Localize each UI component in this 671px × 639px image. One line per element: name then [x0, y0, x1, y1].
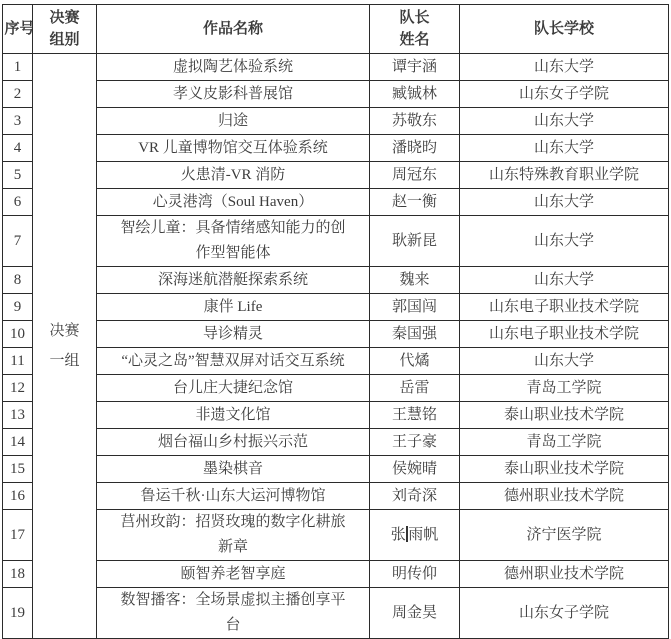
- table-row: 14 烟台福山乡村振兴示范 王子豪 青岛工学院: [3, 429, 669, 456]
- table-row: 18 颐智养老智享庭 明传仰 德州职业技术学院: [3, 561, 669, 588]
- cell-title[interactable]: 颐智养老智享庭: [97, 561, 370, 588]
- table-row: 15 墨染棋音 侯婉晴 泰山职业技术学院: [3, 456, 669, 483]
- cell-school[interactable]: 青岛工学院: [460, 429, 669, 456]
- table-row: 16 鲁运千秋·山东大运河博物馆 刘奇深 德州职业技术学院: [3, 483, 669, 510]
- cell-school[interactable]: 山东电子职业技术学院: [460, 321, 669, 348]
- cell-captain[interactable]: 郭国闯: [370, 294, 460, 321]
- header-no: 序号: [3, 5, 33, 54]
- cell-title[interactable]: 鲁运千秋·山东大运河博物馆: [97, 483, 370, 510]
- cell-school[interactable]: 德州职业技术学院: [460, 483, 669, 510]
- cell-school[interactable]: 泰山职业技术学院: [460, 402, 669, 429]
- cell-no[interactable]: 6: [3, 189, 33, 216]
- cell-school[interactable]: 山东大学: [460, 54, 669, 81]
- cell-captain[interactable]: 王慧铭: [370, 402, 460, 429]
- header-no-label: 序号: [3, 18, 33, 40]
- results-table: 序号 决赛组别 作品名称 队长姓名 队长学校 1 决赛 一组 虚拟陶艺体验系统 …: [2, 4, 669, 639]
- captain-name-part: 雨帆: [408, 527, 438, 543]
- cell-captain[interactable]: 魏来: [370, 267, 460, 294]
- table-row: 1 决赛 一组 虚拟陶艺体验系统 谭宇涵 山东大学: [3, 54, 669, 81]
- cell-title[interactable]: 数智播客：全场景虚拟主播创享平台: [97, 588, 370, 639]
- table-row: 5 火患清-VR 消防 周冠东 山东特殊教育职业学院: [3, 162, 669, 189]
- table-row: 8 深海迷航潜艇探索系统 魏来 山东大学: [3, 267, 669, 294]
- cell-captain[interactable]: 苏敬东: [370, 108, 460, 135]
- cell-school[interactable]: 山东大学: [460, 216, 669, 267]
- table-row: 13 非遗文化馆 王慧铭 泰山职业技术学院: [3, 402, 669, 429]
- cell-title[interactable]: 烟台福山乡村振兴示范: [97, 429, 370, 456]
- table-row: 12 台儿庄大捷纪念馆 岳雷 青岛工学院: [3, 375, 669, 402]
- header-school: 队长学校: [460, 5, 669, 54]
- table-row: 11 “心灵之岛”智慧双屏对话交互系统 代燏 山东大学: [3, 348, 669, 375]
- table-row: 17 莒州玫韵：招贤玫瑰的数字化耕旅新章 张雨帆 济宁医学院: [3, 510, 669, 561]
- header-title: 作品名称: [97, 5, 370, 54]
- cell-captain[interactable]: 耿新昆: [370, 216, 460, 267]
- cell-no[interactable]: 4: [3, 135, 33, 162]
- cell-no[interactable]: 17: [3, 510, 33, 561]
- cell-title[interactable]: 归途: [97, 108, 370, 135]
- cell-captain[interactable]: 侯婉晴: [370, 456, 460, 483]
- cell-no[interactable]: 10: [3, 321, 33, 348]
- header-captain: 队长姓名: [370, 5, 460, 54]
- cell-no[interactable]: 5: [3, 162, 33, 189]
- table-row: 3 归途 苏敬东 山东大学: [3, 108, 669, 135]
- cell-title[interactable]: 康伴 Life: [97, 294, 370, 321]
- cell-captain[interactable]: 刘奇深: [370, 483, 460, 510]
- cell-title[interactable]: 导诊精灵: [97, 321, 370, 348]
- cell-title[interactable]: 虚拟陶艺体验系统: [97, 54, 370, 81]
- cell-no[interactable]: 12: [3, 375, 33, 402]
- cell-school[interactable]: 山东女子学院: [460, 81, 669, 108]
- cell-school[interactable]: 山东大学: [460, 135, 669, 162]
- cell-school[interactable]: 德州职业技术学院: [460, 561, 669, 588]
- table-row: 4 VR 儿童博物馆交互体验系统 潘晓昀 山东大学: [3, 135, 669, 162]
- cell-school[interactable]: 山东大学: [460, 189, 669, 216]
- cell-no[interactable]: 9: [3, 294, 33, 321]
- cell-school[interactable]: 济宁医学院: [460, 510, 669, 561]
- cell-school[interactable]: 山东大学: [460, 108, 669, 135]
- cell-no[interactable]: 1: [3, 54, 33, 81]
- cell-captain[interactable]: 周金昊: [370, 588, 460, 639]
- cell-no[interactable]: 13: [3, 402, 33, 429]
- header-captain-label: 队长姓名: [398, 7, 431, 51]
- table-row: 7 智绘儿童：具备情绪感知能力的创作型智能体 耿新昆 山东大学: [3, 216, 669, 267]
- cell-no[interactable]: 8: [3, 267, 33, 294]
- cell-title[interactable]: 深海迷航潜艇探索系统: [97, 267, 370, 294]
- cell-group-merged[interactable]: 决赛 一组: [33, 54, 97, 639]
- cell-captain[interactable]: 明传仰: [370, 561, 460, 588]
- cell-captain[interactable]: 代燏: [370, 348, 460, 375]
- captain-name-part: 张: [391, 527, 406, 543]
- cell-title[interactable]: VR 儿童博物馆交互体验系统: [97, 135, 370, 162]
- cell-no[interactable]: 14: [3, 429, 33, 456]
- cell-no[interactable]: 16: [3, 483, 33, 510]
- cell-school[interactable]: 山东电子职业技术学院: [460, 294, 669, 321]
- cell-no[interactable]: 18: [3, 561, 33, 588]
- table-row: 6 心灵港湾（Soul Haven） 赵一衡 山东大学: [3, 189, 669, 216]
- cell-title[interactable]: 墨染棋音: [97, 456, 370, 483]
- cell-captain[interactable]: 岳雷: [370, 375, 460, 402]
- table-row: 10 导诊精灵 秦国强 山东电子职业技术学院: [3, 321, 669, 348]
- cell-title[interactable]: 非遗文化馆: [97, 402, 370, 429]
- cell-title[interactable]: 智绘儿童：具备情绪感知能力的创作型智能体: [97, 216, 370, 267]
- cell-school[interactable]: 山东大学: [460, 348, 669, 375]
- cell-school[interactable]: 山东特殊教育职业学院: [460, 162, 669, 189]
- cell-school[interactable]: 泰山职业技术学院: [460, 456, 669, 483]
- table-row: 19 数智播客：全场景虚拟主播创享平台 周金昊 山东女子学院: [3, 588, 669, 639]
- table-row: 2 孝义皮影科普展馆 臧铖林 山东女子学院: [3, 81, 669, 108]
- header-row: 序号 决赛组别 作品名称 队长姓名 队长学校: [3, 5, 669, 54]
- cell-captain[interactable]: 王子豪: [370, 429, 460, 456]
- cell-captain[interactable]: 赵一衡: [370, 189, 460, 216]
- header-group: 决赛组别: [33, 5, 97, 54]
- cell-captain[interactable]: 谭宇涵: [370, 54, 460, 81]
- cell-title[interactable]: 火患清-VR 消防: [97, 162, 370, 189]
- group-label-line2: 一组: [35, 346, 94, 376]
- cell-school[interactable]: 青岛工学院: [460, 375, 669, 402]
- cell-no[interactable]: 15: [3, 456, 33, 483]
- group-label-line1: 决赛: [35, 316, 94, 346]
- cell-title[interactable]: “心灵之岛”智慧双屏对话交互系统: [97, 348, 370, 375]
- cell-captain[interactable]: 潘晓昀: [370, 135, 460, 162]
- cell-captain[interactable]: 周冠东: [370, 162, 460, 189]
- cell-title[interactable]: 心灵港湾（Soul Haven）: [97, 189, 370, 216]
- cell-captain[interactable]: 臧铖林: [370, 81, 460, 108]
- cell-school[interactable]: 山东女子学院: [460, 588, 669, 639]
- cell-no[interactable]: 2: [3, 81, 33, 108]
- table-row: 9 康伴 Life 郭国闯 山东电子职业技术学院: [3, 294, 669, 321]
- cell-title[interactable]: 台儿庄大捷纪念馆: [97, 375, 370, 402]
- cell-captain[interactable]: 秦国强: [370, 321, 460, 348]
- cell-captain[interactable]: 张雨帆: [370, 510, 460, 561]
- cell-school[interactable]: 山东大学: [460, 267, 669, 294]
- header-group-label: 决赛组别: [48, 7, 81, 51]
- cell-no[interactable]: 11: [3, 348, 33, 375]
- cell-no[interactable]: 3: [3, 108, 33, 135]
- document-page: 序号 决赛组别 作品名称 队长姓名 队长学校 1 决赛 一组 虚拟陶艺体验系统 …: [0, 0, 671, 639]
- cell-no[interactable]: 19: [3, 588, 33, 639]
- cell-no[interactable]: 7: [3, 216, 33, 267]
- cell-title[interactable]: 莒州玫韵：招贤玫瑰的数字化耕旅新章: [97, 510, 370, 561]
- cell-title[interactable]: 孝义皮影科普展馆: [97, 81, 370, 108]
